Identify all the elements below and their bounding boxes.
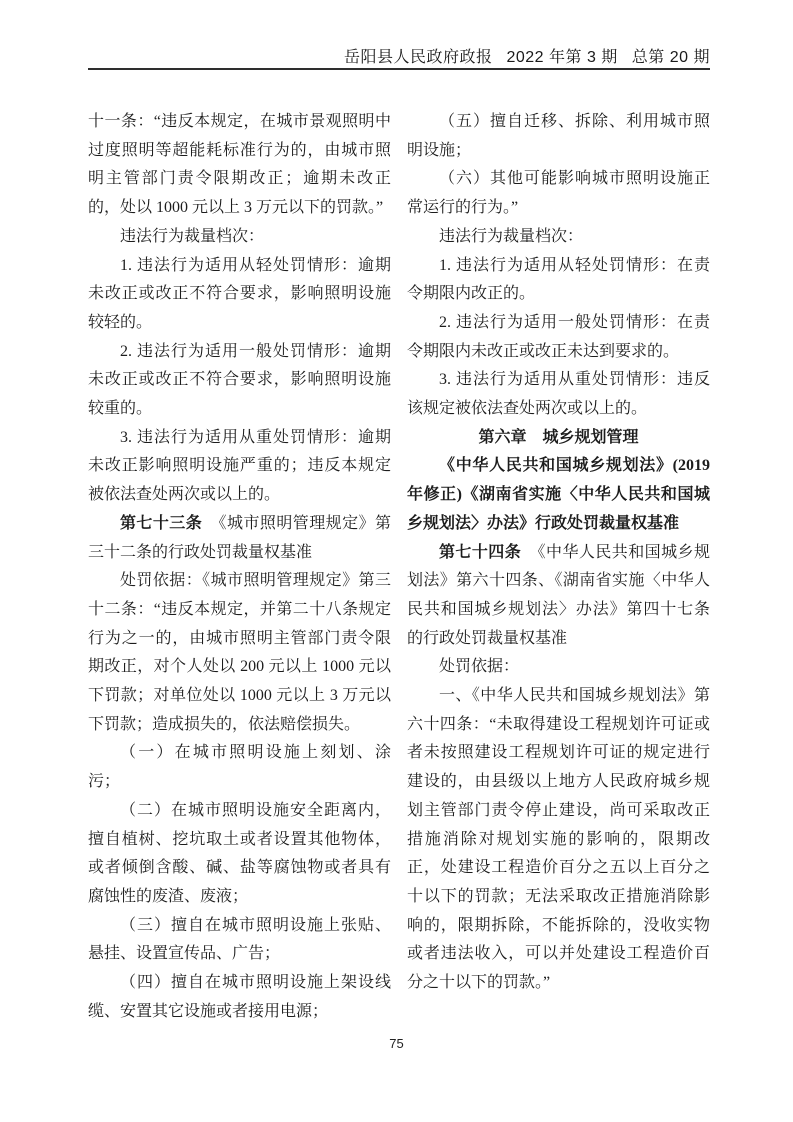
paragraph: 1. 违法行为适用从轻处罚情形：逾期未改正或改正不符合要求，影响照明设施较轻的。 (88, 252, 391, 338)
volume-label: 总第 20 期 (632, 49, 710, 66)
chapter-heading: 第六章 城乡规划管理 (407, 424, 710, 453)
page-header: 岳阳县人民政府政报2022 年第 3 期总第 20 期 (88, 44, 710, 67)
paragraph: 2. 违法行为适用一般处罚情形：逾期未改正或改正不符合要求，影响照明设施较重的。 (88, 338, 391, 424)
text-run: （六）其他可能影响城市照明设施正常运行的行为。” (407, 170, 710, 216)
paragraph: 2. 违法行为适用一般处罚情形：在责令期限内未改正或改正未达到要求的。 (407, 309, 710, 366)
paragraph: 一、《中华人民共和国城乡规划法》第六十四条：“未取得建设工程规划许可证或者未按照… (407, 682, 710, 998)
text-run: 违法行为裁量档次： (120, 228, 264, 245)
paragraph: 第七十四条 《中华人民共和国城乡规划法》第六十四条、《湖南省实施〈中华人民共和国… (407, 539, 710, 654)
text-run: 1. 违法行为适用从轻处罚情形：在责令期限内改正的。 (407, 257, 710, 303)
paragraph: （一）在城市照明设施上刻划、涂污； (88, 739, 391, 796)
paragraph: 违法行为裁量档次： (88, 223, 391, 252)
paragraph: （三）擅自在城市照明设施上张贴、悬挂、设置宣传品、广告； (88, 912, 391, 969)
text-run: 违法行为裁量档次： (439, 228, 583, 245)
text-run: 第六章 城乡规划管理 (478, 429, 638, 446)
paragraph: 1. 违法行为适用从轻处罚情形：在责令期限内改正的。 (407, 252, 710, 309)
issue-label: 2022 年第 3 期 (506, 49, 617, 66)
paragraph: （四）擅自在城市照明设施上架设线缆、安置其它设施或者接用电源； (88, 969, 391, 1026)
header-rule (88, 68, 710, 70)
text-run: （五）擅自迁移、拆除、利用城市照明设施； (407, 113, 710, 159)
paragraph: （二）在城市照明设施安全距离内，擅自植树、挖坑取土或者设置其他物体，或者倾倒含酸… (88, 797, 391, 912)
paragraph: 违法行为裁量档次： (407, 223, 710, 252)
text-run: （二）在城市照明设施安全距离内，擅自植树、挖坑取土或者设置其他物体，或者倾倒含酸… (88, 802, 391, 905)
paragraph: 处罚依据： (407, 653, 710, 682)
column-right: （五）擅自迁移、拆除、利用城市照明设施；（六）其他可能影响城市照明设施正常运行的… (407, 108, 710, 1027)
paragraph: 十一条：“违反本规定，在城市景观照明中过度照明等超能耗标准行为的，由城市照明主管… (88, 108, 391, 223)
paragraph: 《中华人民共和国城乡规划法》(2019 年修正)《湖南省实施〈中华人民共和国城乡… (407, 452, 710, 538)
paragraph: 3. 违法行为适用从重处罚情形：逾期未改正影响照明设施严重的；违反本规定被依法查… (88, 424, 391, 510)
text-run: 第七十四条 (439, 544, 538, 561)
content-columns: 十一条：“违反本规定，在城市景观照明中过度照明等超能耗标准行为的，由城市照明主管… (88, 108, 710, 1027)
text-run: 第七十三条 (120, 515, 219, 532)
paragraph: 第七十三条 《城市照明管理规定》第三十二条的行政处罚裁量权基准 (88, 510, 391, 567)
text-run: 2. 违法行为适用一般处罚情形：逾期未改正或改正不符合要求，影响照明设施较重的。 (88, 343, 391, 417)
journal-title: 岳阳县人民政府政报 (344, 49, 493, 66)
text-run: 处罚依据：《城市照明管理规定》第三十二条：“违反本规定，并第二十八条规定行为之一… (88, 572, 391, 733)
text-run: （三）擅自在城市照明设施上张贴、悬挂、设置宣传品、广告； (88, 917, 391, 963)
text-run: 3. 违法行为适用从重处罚情形：违反该规定被依法查处两次或以上的。 (407, 371, 710, 417)
column-left: 十一条：“违反本规定，在城市景观照明中过度照明等超能耗标准行为的，由城市照明主管… (88, 108, 391, 1027)
text-run: （四）擅自在城市照明设施上架设线缆、安置其它设施或者接用电源； (88, 974, 391, 1020)
gazette-page: 岳阳县人民政府政报2022 年第 3 期总第 20 期 十一条：“违反本规定，在… (0, 0, 793, 1122)
text-run: 十一条：“违反本规定，在城市景观照明中过度照明等超能耗标准行为的，由城市照明主管… (88, 113, 391, 216)
paragraph: 3. 违法行为适用从重处罚情形：违反该规定被依法查处两次或以上的。 (407, 366, 710, 423)
text-run: 2. 违法行为适用一般处罚情形：在责令期限内未改正或改正未达到要求的。 (407, 314, 710, 360)
paragraph: 处罚依据：《城市照明管理规定》第三十二条：“违反本规定，并第二十八条规定行为之一… (88, 567, 391, 739)
text-run: 3. 违法行为适用从重处罚情形：逾期未改正影响照明设施严重的；违反本规定被依法查… (88, 429, 391, 503)
paragraph: （六）其他可能影响城市照明设施正常运行的行为。” (407, 165, 710, 222)
page-footer: 75 (0, 1036, 793, 1051)
text-run: （一）在城市照明设施上刻划、涂污； (88, 744, 391, 790)
text-run: 《中华人民共和国城乡规划法》(2019 年修正)《湖南省实施〈中华人民共和国城乡… (407, 457, 710, 531)
text-run: 1. 违法行为适用从轻处罚情形：逾期未改正或改正不符合要求，影响照明设施较轻的。 (88, 257, 391, 331)
text-run: 一、《中华人民共和国城乡规划法》第六十四条：“未取得建设工程规划许可证或者未按照… (407, 687, 710, 991)
page-number: 75 (389, 1036, 403, 1051)
paragraph: （五）擅自迁移、拆除、利用城市照明设施； (407, 108, 710, 165)
text-run: 处罚依据： (439, 658, 519, 675)
